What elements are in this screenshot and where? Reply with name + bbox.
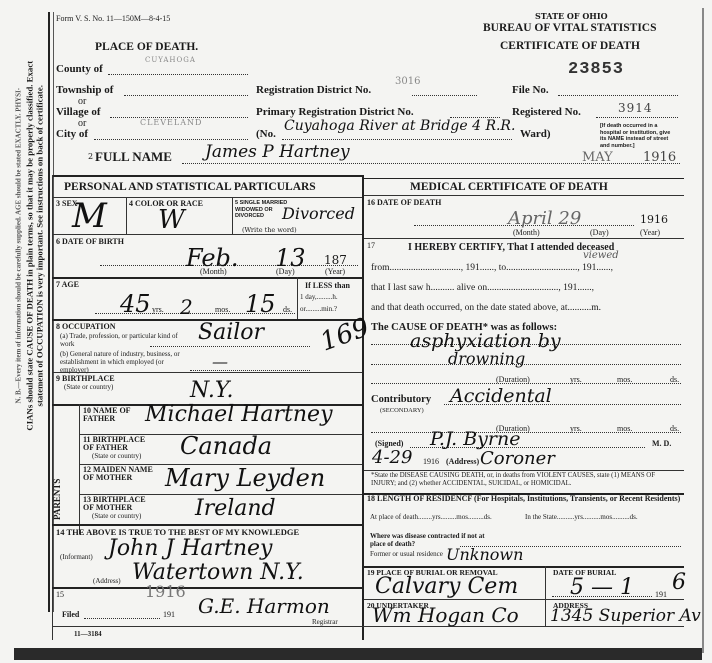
age-days-unit: ds. (283, 305, 292, 314)
certify-correction: viewed (583, 250, 619, 261)
signed-date: 4-29 (372, 447, 412, 468)
divider (364, 238, 684, 239)
less-than-label: If LESS than (305, 281, 350, 290)
township-field (124, 95, 248, 96)
personal-section-title: PERSONAL AND STATISTICAL PARTICULARS (64, 181, 316, 193)
undertaker-address-value: 1345 Superior Av (550, 606, 701, 626)
birthplace-label: 9 BIRTHPLACE (56, 374, 115, 383)
birthplace-caption: (State or country) (64, 383, 113, 391)
registered-number-label: Registered No. (512, 106, 581, 118)
md-label: M. D. (652, 439, 671, 448)
cause-line-2 (371, 364, 681, 365)
instruction-line-1: N. B.—Every item of information should b… (13, 31, 24, 461)
informant-label: (Informant) (60, 553, 93, 561)
primary-registration-label: Primary Registration District No. (256, 106, 414, 118)
divider (297, 277, 298, 319)
signed-address-value: Coroner (480, 448, 555, 469)
city-stamp: CLEVELAND (140, 118, 202, 127)
undertaker-value: Wm Hogan Co (372, 603, 519, 627)
divider (364, 599, 684, 600)
marital-value: Divorced (282, 204, 355, 223)
age-days: 15 (245, 290, 276, 318)
mother-name-label: 12 MAIDEN NAME OF MOTHER (83, 466, 153, 482)
registered-number-value: 3914 (618, 101, 653, 115)
left-border (48, 12, 54, 612)
registrar-signature: G.E. Harmon (198, 594, 330, 618)
occupation-b-value: — (212, 352, 228, 371)
month-caption: (Month) (200, 267, 227, 276)
divider (52, 372, 362, 373)
county-stamp: CUYAHOGA (145, 56, 196, 64)
sex-value: M (72, 196, 107, 236)
street-value: Cuyahoga River at Bridge 4 R.R. (284, 118, 515, 134)
sidebar-instructions: N. B.—Every item of information should b… (4, 30, 46, 460)
divider (52, 587, 362, 589)
divider (362, 178, 684, 179)
instruction-line-2: CIANs should state CAUSE OF DEATH in pla… (24, 31, 35, 461)
dob-label: 6 DATE OF BIRTH (56, 237, 124, 246)
street-field (282, 139, 512, 140)
age-months-unit: mos. (215, 305, 230, 314)
burial-year-value: 6 (672, 570, 686, 595)
certificate-title: CERTIFICATE OF DEATH (500, 40, 640, 52)
occupation-a-field (150, 346, 310, 347)
city-label: City of (56, 128, 88, 140)
address-label: (Address) (93, 577, 121, 585)
father-birthplace-label: 11 BIRTHPLACE OF FATHER (83, 436, 153, 452)
father-birthplace-caption: (State or country) (92, 452, 141, 460)
county-label: County of (56, 63, 103, 75)
signed-value: P.J. Byrne (430, 428, 520, 450)
less-than-min: or.........min.? (300, 305, 337, 313)
year-caption: (Year) (640, 228, 660, 237)
divider (364, 470, 684, 471)
township-label: Township of (56, 84, 113, 96)
date-of-death-label: 16 DATE OF DEATH (367, 198, 441, 207)
occurred-line: and that death occurred, on the date sta… (371, 303, 601, 313)
bottom-line (52, 626, 684, 627)
place-of-death-title: PLACE OF DEATH. (95, 41, 198, 53)
filed-year-prefix: 191 (163, 610, 175, 619)
contributory-value: Accidental (450, 385, 552, 407)
filed-label: Filed (62, 610, 79, 619)
residence-label: 18 LENGTH OF RESIDENCF (For Hospitals, I… (367, 495, 682, 503)
occupation-b-field (190, 370, 310, 371)
registered-number-field (596, 117, 678, 118)
medical-section-title: MEDICAL CERTIFICATE OF DEATH (410, 181, 608, 193)
burial-place-value: Calvary Cem (375, 574, 518, 599)
signed-year: 1916 (423, 457, 439, 466)
bottom-edge (14, 648, 702, 660)
form-number: Form V. S. No. 11—150M—8-4-15 (56, 14, 170, 23)
hospital-note: [If death occurred in a hospital or inst… (600, 123, 678, 149)
secondary-label: (SECONDARY) (380, 407, 424, 414)
divider (52, 234, 362, 235)
residence-at-place: At place of death........yrs.........mos… (370, 513, 510, 521)
received-year-stamp: 1916 (643, 150, 676, 165)
burial-date-value: 5 — 1 (570, 575, 634, 600)
city-field (94, 139, 248, 140)
mother-name-value: Mary Leyden (165, 464, 325, 492)
divider (545, 566, 546, 626)
marital-note: (Write the word) (242, 226, 297, 234)
left-box-edge (52, 175, 53, 640)
full-name-number: 2 (88, 152, 93, 161)
divider (52, 277, 362, 279)
year-caption: (Year) (325, 267, 345, 276)
signed-address-label: (Address) (446, 457, 479, 466)
dob-year: 187 (324, 253, 347, 267)
registration-district-field (412, 95, 477, 96)
day-caption: (Day) (590, 228, 609, 237)
date-of-death-value: April 29 (508, 208, 581, 229)
mother-birthplace-value: Ireland (195, 496, 276, 521)
divider (52, 524, 362, 526)
street-prefix: (No. (256, 128, 276, 140)
age-years-unit: yrs. (152, 305, 164, 314)
birthplace-value: N.Y. (190, 378, 234, 403)
date-of-death-year: 1916 (640, 213, 668, 226)
parents-label: PARENTS (52, 460, 62, 520)
bureau-title: BUREAU OF VITAL STATISTICS (483, 22, 657, 34)
county-field (108, 74, 248, 75)
mother-birthplace-label: 13 BIRTHPLACE OF MOTHER (83, 496, 153, 512)
village-label: Village of (56, 106, 101, 118)
contributory-label: Contributory (371, 394, 431, 405)
file-number-field (558, 95, 678, 96)
parents-divider (79, 404, 80, 534)
state-label: STATE OF OHIO (535, 11, 608, 21)
former-residence-label: Former or usual residence (370, 550, 450, 558)
less-than-day: 1 day,.........h. (300, 293, 338, 301)
father-birthplace-value: Canada (180, 432, 272, 460)
duration-line-2 (371, 432, 681, 433)
age-label: 7 AGE (56, 280, 79, 289)
father-name-label: 10 NAME OF FATHER (83, 407, 143, 423)
registration-district-label: Registration District No. (256, 84, 371, 96)
duration-line (371, 383, 681, 384)
informant-value: John J Hartney (108, 536, 272, 561)
ward-label: Ward) (520, 128, 551, 140)
filed-number: 15 (56, 590, 64, 599)
full-name-label: FULL NAME (95, 149, 172, 165)
from-line: from.............................., 191.… (371, 263, 613, 273)
divider (126, 197, 127, 234)
center-divider (362, 175, 364, 640)
occupation-value: Sailor (198, 320, 264, 345)
cause-value-2: drowning (448, 349, 525, 368)
occupation-label: 8 OCCUPATION (56, 322, 115, 331)
form-code: 11—3184 (74, 630, 102, 638)
occupation-b-label: (b) General nature of industry, business… (60, 350, 192, 374)
certificate-number: 23853 (568, 60, 624, 79)
father-name-value: Michael Hartney (145, 402, 333, 427)
received-month-stamp: MAY (582, 150, 613, 165)
residence-in-state: In the State..........yrs..........mos..… (525, 513, 675, 521)
cause-footnote: *State the DISEASE CAUSING DEATH, or, in… (371, 472, 681, 488)
instruction-line-3: statement of OCCUPATION is very importan… (34, 31, 45, 461)
last-saw-line: that I last saw h.......... alive on....… (371, 283, 594, 293)
month-caption: (Month) (513, 228, 540, 237)
file-number-label: File No. (512, 84, 549, 96)
filed-stamp: 1916 (145, 582, 186, 601)
burial-year-prefix: 191 (655, 590, 667, 599)
divider (364, 195, 684, 196)
age-years: 45 (120, 290, 151, 318)
age-months: 2 (180, 295, 193, 319)
divider (52, 175, 362, 177)
right-border (702, 8, 704, 653)
former-residence-value: Unknown (446, 545, 523, 564)
full-name-value: James P Hartney (205, 142, 350, 162)
race-value: W (158, 205, 185, 235)
filed-field (84, 618, 160, 619)
certify-number: 17 (367, 241, 375, 250)
day-caption: (Day) (276, 267, 295, 276)
registrar-label: Registrar (312, 618, 338, 626)
registration-district-value: 3016 (395, 76, 420, 87)
divider (232, 197, 233, 234)
mother-birthplace-caption: (State or country) (92, 512, 141, 520)
